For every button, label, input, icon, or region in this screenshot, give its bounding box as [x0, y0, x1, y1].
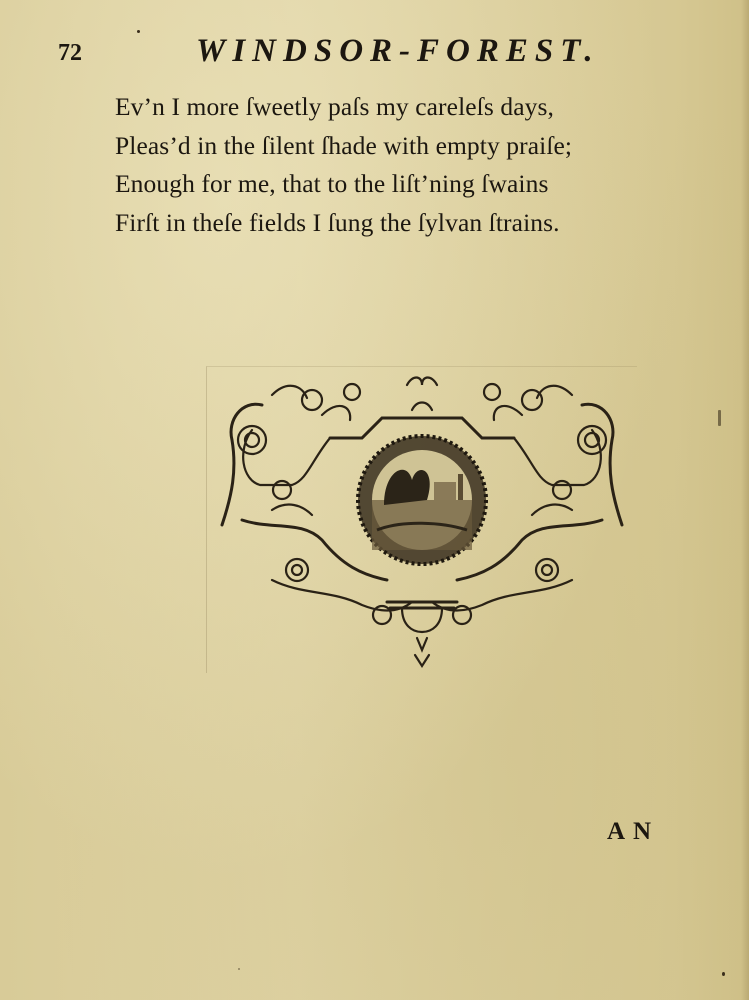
verse-block: Ev’n I more ſweetly paſs my careleſs day… [115, 88, 635, 242]
paper-speck [722, 972, 725, 976]
engraved-ornament-icon [212, 370, 632, 670]
page-edge-shadow [741, 0, 749, 1000]
paper-speck [718, 410, 721, 426]
verse-line: Ev’n I more ſweetly paſs my careleſs day… [115, 88, 635, 127]
paper-speck [137, 30, 140, 33]
catchword: AN [607, 818, 659, 846]
book-page: 72 WINDSOR-FOREST. Ev’n I more ſweetly p… [0, 0, 749, 1000]
paper-speck [238, 968, 240, 970]
verse-line: Enough for me, that to the liſt’ning ſwa… [115, 165, 635, 204]
tailpiece-ornament [212, 370, 632, 670]
page-number: 72 [58, 40, 82, 67]
verse-line: Firſt in theſe fields I ſung the ſylvan … [115, 204, 635, 243]
verse-line: Pleas’d in the ſilent ſhade with empty p… [115, 127, 635, 166]
running-head: WINDSOR-FOREST. [196, 33, 600, 70]
